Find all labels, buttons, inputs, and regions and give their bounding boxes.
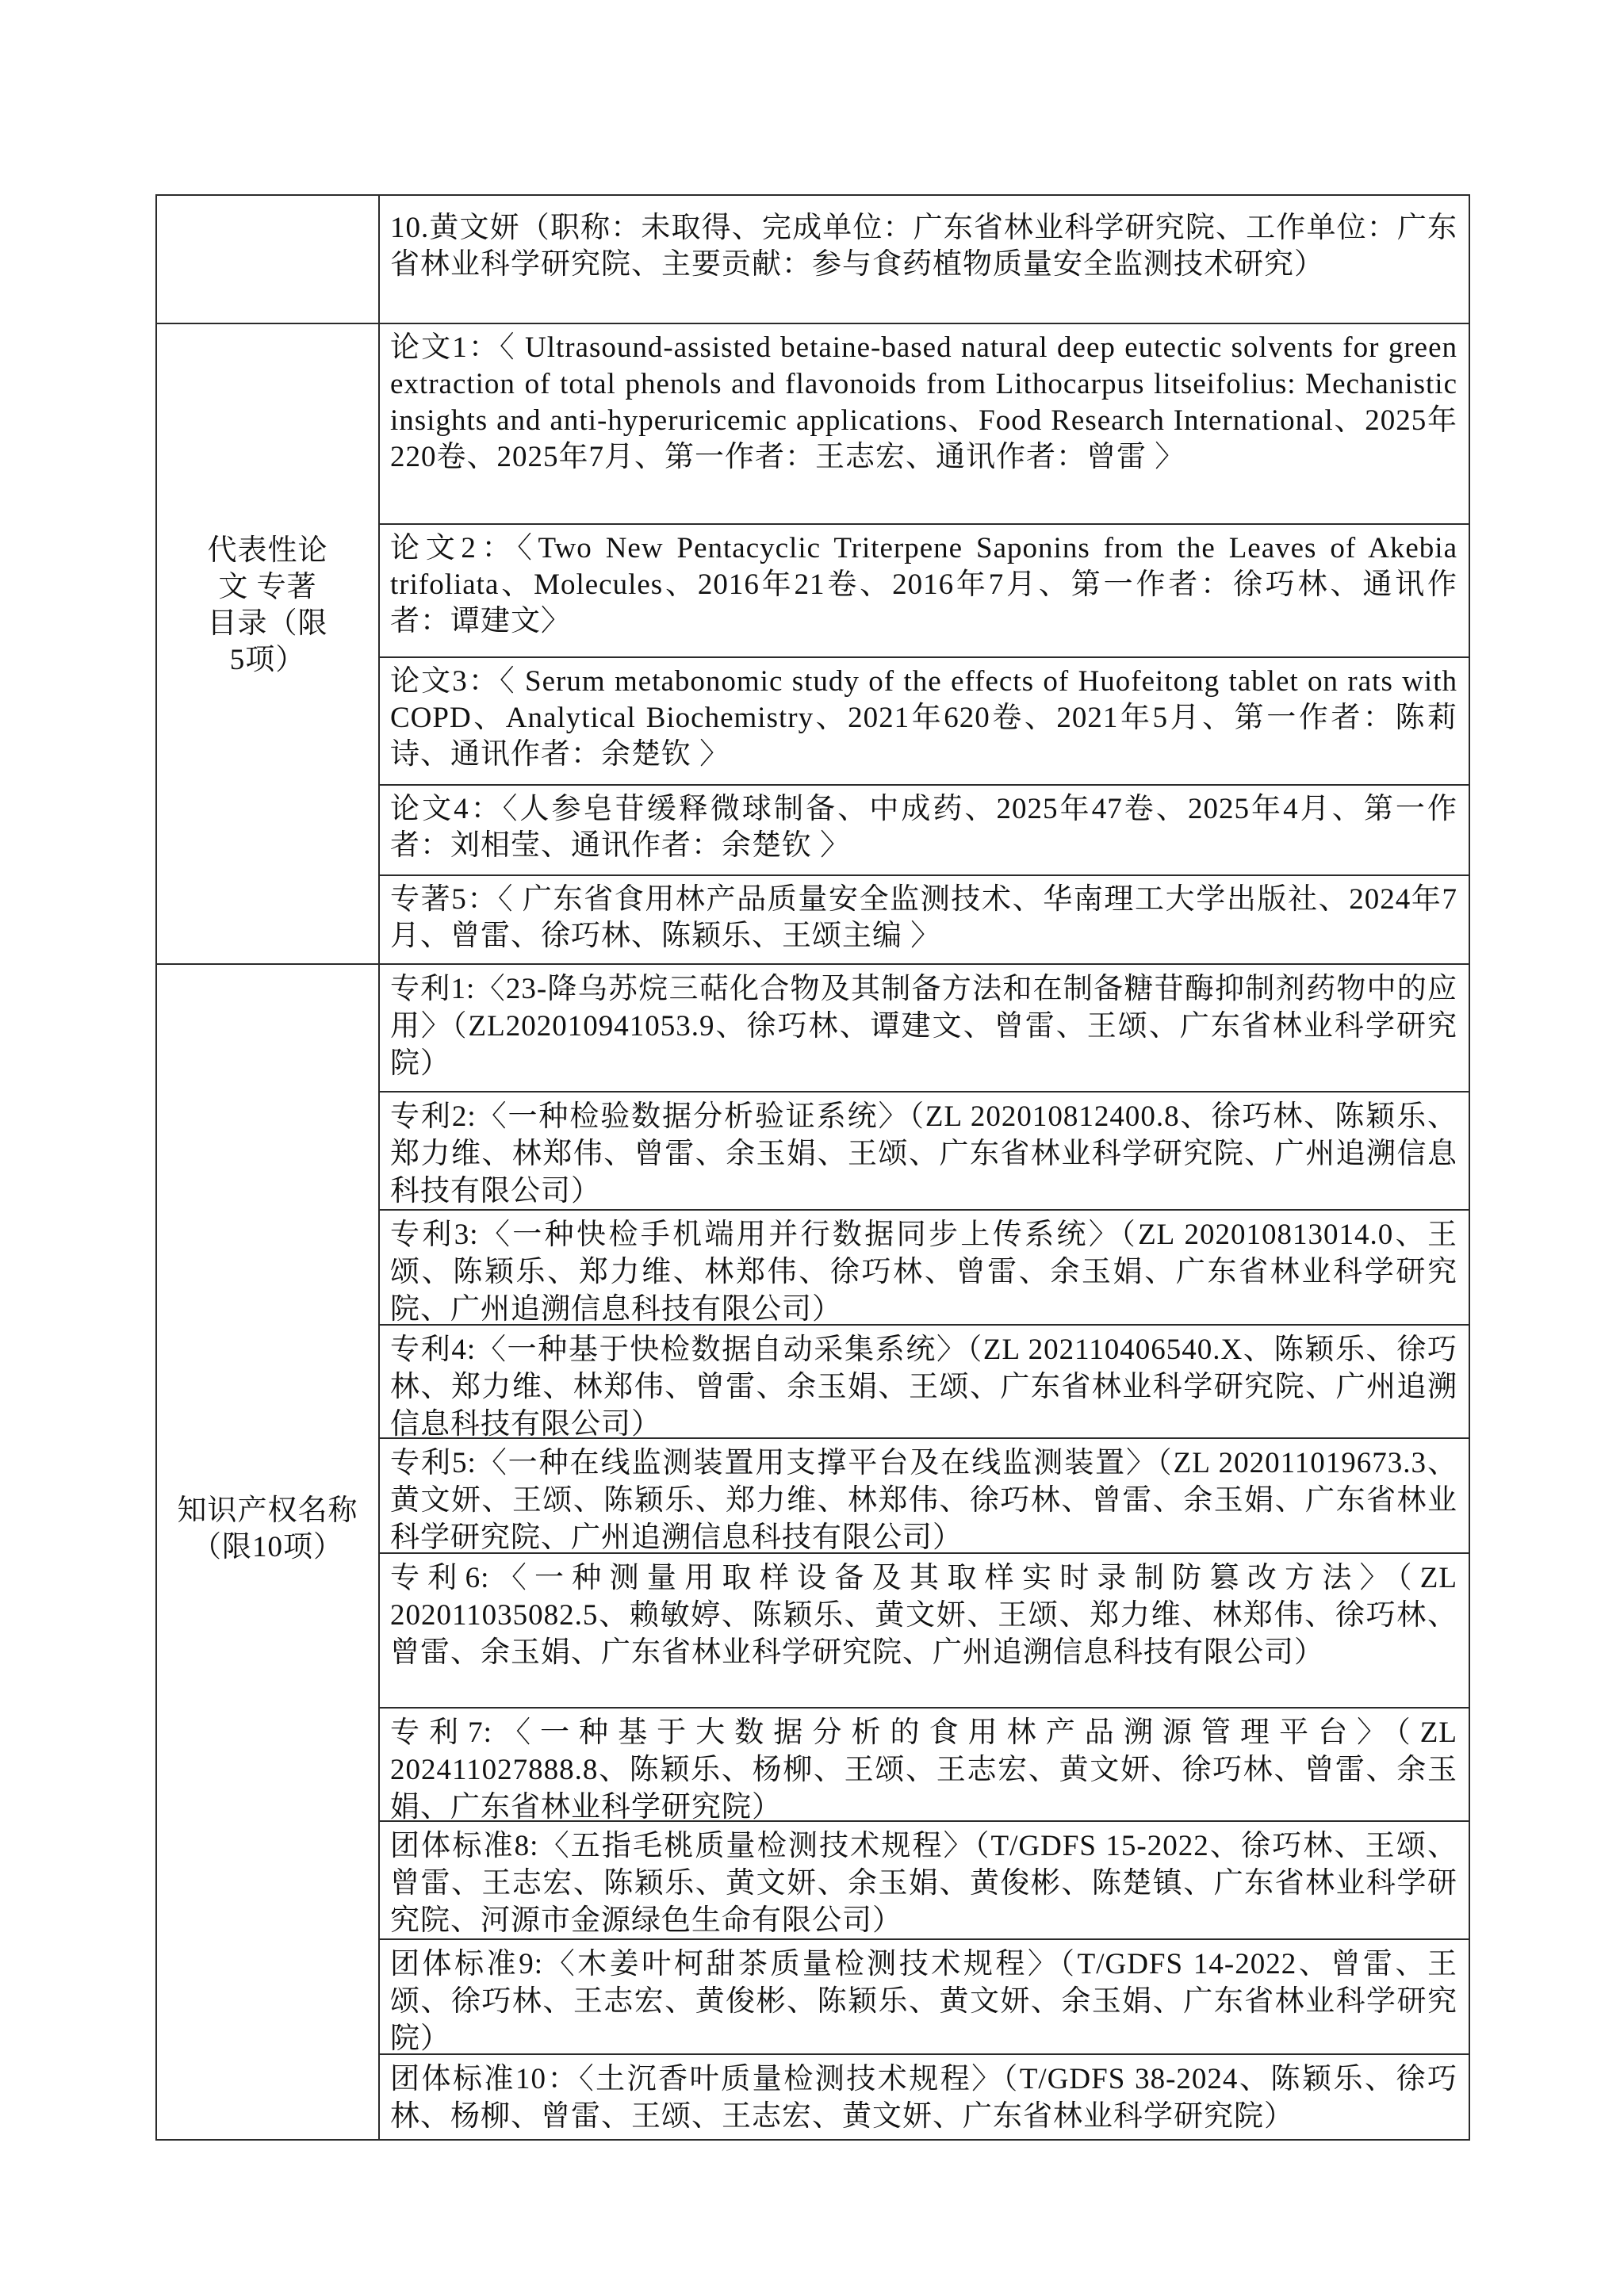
patent-entry-3: 专利3:〈一种快检手机端用并行数据同步上传系统〉（ZL 202010813014…	[380, 1211, 1469, 1326]
patent-entry-6: 专利6:〈一种测量用取样设备及其取样实时录制防篡改方法〉（ZL 20201103…	[380, 1554, 1469, 1709]
papers-section-label: 代表性论 文 专著 目录（限 5项）	[157, 324, 380, 963]
ip-section-label: 知识产权名称 （限10项）	[157, 965, 380, 2139]
paper-entry-1: 论文1：〈 Ultrasound-assisted betaine-based …	[380, 324, 1469, 525]
group-standard-entry-8: 团体标准8:〈五指毛桃质量检测技术规程〉（T/GDFS 15-2022、徐巧林、…	[380, 1822, 1469, 1940]
patent-entry-7: 专利7:〈一种基于大数据分析的食用林产品溯源管理平台〉（ZL 202411027…	[380, 1709, 1469, 1822]
patent-entry-2: 专利2:〈一种检验数据分析验证系统〉（ZL 202010812400.8、徐巧林…	[380, 1093, 1469, 1211]
group-standard-entry-9: 团体标准9:〈木姜叶柯甜茶质量检测技术规程〉（T/GDFS 14-2022、曾雷…	[380, 1940, 1469, 2055]
paper-entry-2: 论文2：〈Two New Pentacyclic Triterpene Sapo…	[380, 525, 1469, 658]
group-standard-entry-10: 团体标准10：〈土沉香叶质量检测技术规程〉（T/GDFS 38-2024、陈颖乐…	[380, 2055, 1469, 2139]
contributor-10-entry: 10.黄文妍（职称：未取得、完成单位：广东省林业科学研究院、工作单位：广东省林业…	[380, 196, 1469, 323]
paper-entry-4: 论文4：〈人参皂苷缓释微球制备、中成药、2025年47卷、2025年4月、第一作…	[380, 786, 1469, 876]
table-row-papers-section: 代表性论 文 专著 目录（限 5项） 论文1：〈 Ultrasound-assi…	[157, 323, 1469, 963]
patent-entry-4: 专利4:〈一种基于快检数据自动采集系统〉（ZL 202110406540.X、陈…	[380, 1326, 1469, 1439]
label-cell-empty	[157, 196, 380, 323]
patent-entry-1: 专利1:〈23-降乌苏烷三萜化合物及其制备方法和在制备糖苷酶抑制剂药物中的应用〉…	[380, 965, 1469, 1093]
achievements-table: 10.黄文妍（职称：未取得、完成单位：广东省林业科学研究院、工作单位：广东省林业…	[155, 194, 1470, 2141]
table-row-contributor-continued: 10.黄文妍（职称：未取得、完成单位：广东省林业科学研究院、工作单位：广东省林业…	[157, 196, 1469, 323]
paper-entry-3: 论文3：〈 Serum metabonomic study of the eff…	[380, 658, 1469, 786]
table-row-ip-section: 知识产权名称 （限10项） 专利1:〈23-降乌苏烷三萜化合物及其制备方法和在制…	[157, 963, 1469, 2139]
patent-entry-5: 专利5:〈一种在线监测装置用支撑平台及在线监测装置〉（ZL 2020110196…	[380, 1439, 1469, 1554]
document-page: 10.黄文妍（职称：未取得、完成单位：广东省林业科学研究院、工作单位：广东省林业…	[0, 0, 1624, 2296]
monograph-entry-5: 专著5：〈 广东省食用林产品质量安全监测技术、华南理工大学出版社、2024年7月…	[380, 876, 1469, 963]
